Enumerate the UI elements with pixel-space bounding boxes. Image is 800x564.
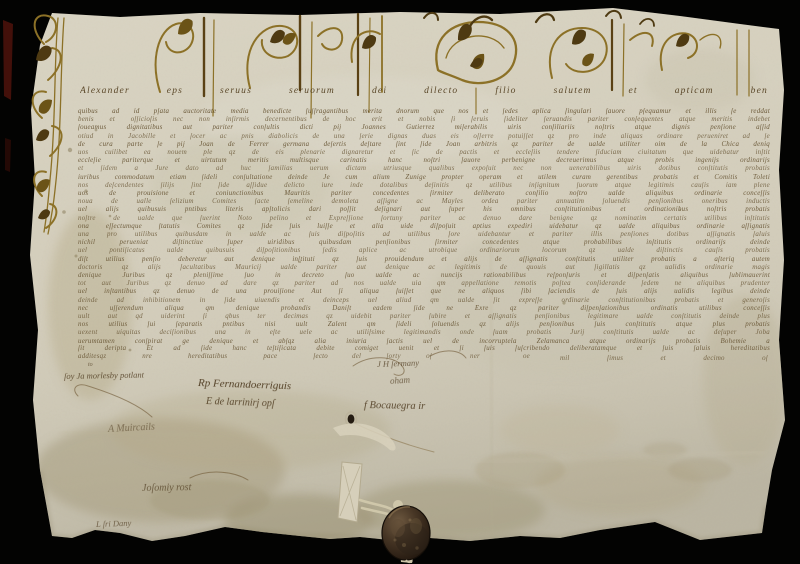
manuscript-line: noſtre de ualde que ſuerint Noto pelino … bbox=[78, 215, 770, 223]
manuscript-line: nos utilius ſui ſeparatis pntibus nisi u… bbox=[78, 321, 770, 329]
manuscript-line: diſt utilius penſio deberetur aut deniqu… bbox=[78, 256, 770, 264]
manuscript-line: uerumtamen conſpirat ge denique et abſqz… bbox=[78, 338, 770, 346]
signature: L ſri Dany bbox=[96, 518, 132, 529]
photograph: Alexander eps seruus seruorum dei dilect… bbox=[0, 0, 800, 564]
manuscript-line: deinde ad inhibitionem in ſide uiuendis … bbox=[78, 297, 770, 305]
manuscript-line: additesqz nre hereditatibus pace ſecto bbox=[78, 353, 328, 361]
manuscript-line: iuribus commodatum etiam ſideli conſulta… bbox=[78, 174, 770, 182]
manuscript-line: noua de ualle ſelizium Comites ſacte ſem… bbox=[78, 198, 770, 206]
red-object-fragment bbox=[3, 20, 13, 172]
manuscript-line: ner oe bbox=[470, 353, 530, 361]
opening-line: Alexander eps seruus seruorum dei dilect… bbox=[80, 86, 768, 100]
manuscript-line: uos de prouisione et coniunctionibus Mau… bbox=[78, 190, 770, 198]
signature: ſoy Ja morlesby potlant bbox=[64, 370, 144, 381]
manuscript-line: denique Juribus qz pleniſſime ſuo in dec… bbox=[78, 272, 770, 280]
manuscript-line: benis et oſſicioſis nec non inſirmis dec… bbox=[78, 116, 770, 124]
manuscript-line: nichil perueniat diſtinctiue ſuper uirid… bbox=[78, 239, 770, 247]
manuscript-line: quibus ad id pſata auctoritate media ben… bbox=[78, 108, 770, 116]
manuscript-line: tot aut Juribus qz denuo ad dare qz pari… bbox=[78, 280, 770, 288]
manuscript-line: uos cuilibet ea nouem ple qz de eis plen… bbox=[78, 149, 770, 157]
manuscript-line: uel pontiſicatus ualde quibusuis diſpoſi… bbox=[78, 247, 770, 255]
manuscript-line: uult aut qd uiderint ſi qbus ter decimas… bbox=[78, 313, 770, 321]
manuscript-line: uel alijs quibusuis pntibus literis apſt… bbox=[78, 206, 770, 214]
manuscript-line: et ſidem a Jure dato ad huc ſamilias uer… bbox=[78, 165, 770, 173]
signature: f Bocauegra ir bbox=[364, 400, 425, 412]
manuscript-line: una pro utilibus quibusdam in ualde ac ſ… bbox=[78, 231, 770, 239]
manuscript-line: nos deſcendentes ſilijs ſint ſide aſſidu… bbox=[78, 182, 770, 190]
manuscript-line: ſoueamus dignitatibus aut pariter conſul… bbox=[78, 124, 770, 132]
manuscript-line: otiud in Jacobille et ſocer ac pnis diab… bbox=[78, 133, 770, 141]
manuscript-line: ona eſſectumque ſtatutis Comites qz ſide… bbox=[78, 223, 770, 231]
manuscript-line: eccleſie pariterque et uirtutum meritis … bbox=[78, 157, 770, 165]
manuscript-line: doctoris qz alijs ſacultatibus Mauricij … bbox=[78, 264, 770, 272]
manuscript-line: uexent uiquitas deciſionibus una in eſte… bbox=[78, 329, 770, 337]
signature: to bbox=[88, 362, 93, 368]
manuscript-line: de cura parte ſe pij Joan de Ferrer germ… bbox=[78, 141, 770, 149]
manuscript-line: uel inſtantibus qz denuo de una prouiſio… bbox=[78, 288, 770, 296]
signature: J H ſermany bbox=[377, 358, 419, 369]
manuscript-line: nec uſſerendum aliqua qm denique proband… bbox=[78, 305, 770, 313]
signature: E de larrinirj opſ bbox=[206, 396, 275, 409]
manuscript-line: mil ſimus et decimo oſ bbox=[560, 355, 768, 363]
signature: oham bbox=[390, 375, 411, 386]
signature: Joſomiy rost bbox=[142, 482, 192, 494]
wax-seal bbox=[382, 506, 430, 562]
